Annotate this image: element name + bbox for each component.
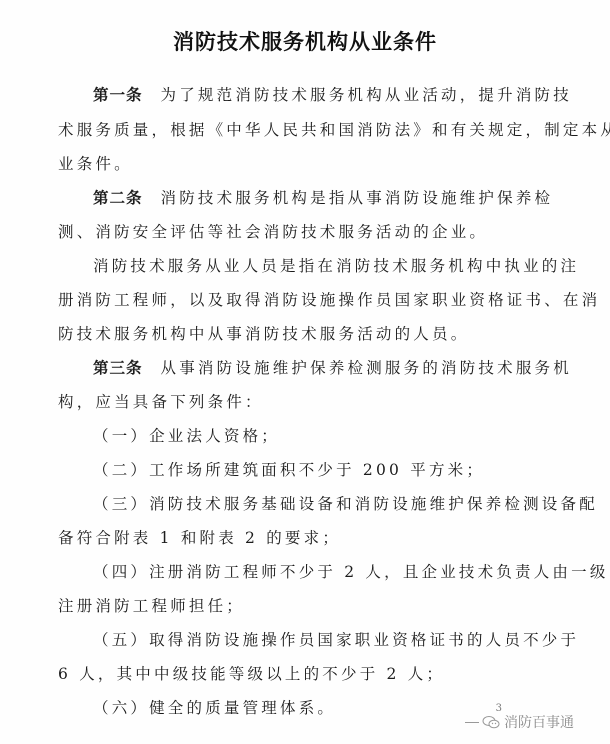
article-2-line-2: 测、消防安全评估等社会消防技术服务活动的企业。 bbox=[58, 220, 558, 242]
article-label: 第一条 bbox=[93, 86, 143, 104]
condition-5-line-2: 6 人，其中中级技能等级以上的不少于 2 人； bbox=[58, 662, 558, 684]
article-label: 第二条 bbox=[93, 189, 143, 207]
article-1-line-3: 业条件。 bbox=[58, 152, 558, 174]
article-label: 第三条 bbox=[93, 359, 143, 377]
document-title: 消防技术服务机构从业条件 bbox=[0, 26, 610, 56]
condition-5-line-1: （五）取得消防设施操作员国家职业资格证书的人员不少于 bbox=[93, 628, 593, 650]
watermark-divider bbox=[465, 722, 479, 723]
condition-3-line-2: 备符合附表 1 和附表 2 的要求； bbox=[58, 526, 558, 548]
watermark-text: 消防百事通 bbox=[504, 712, 574, 732]
article-2-para-2-line-1: 消防技术服务从业人员是指在消防技术服务机构中执业的注 bbox=[93, 254, 593, 276]
article-2-line-1: 第二条消防技术服务机构是指从事消防设施维护保养检 bbox=[93, 186, 593, 208]
article-2-para-2-line-3: 防技术服务机构中从事消防技术服务活动的人员。 bbox=[58, 322, 558, 344]
condition-4-line-1: （四）注册消防工程师不少于 2 人，且企业技术负责人由一级 bbox=[93, 560, 593, 582]
document-page: 消防技术服务机构从业条件 第一条为了规范消防技术服务机构从业活动，提升消防技 术… bbox=[0, 0, 610, 744]
article-2-para-2-line-2: 册消防工程师，以及取得消防设施操作员国家职业资格证书、在消 bbox=[58, 288, 558, 310]
article-3-line-2: 构，应当具备下列条件： bbox=[58, 390, 558, 412]
article-3-line-1: 第三条从事消防设施维护保养检测服务的消防技术服务机 bbox=[93, 356, 593, 378]
watermark: 消防百事通 bbox=[465, 712, 574, 732]
condition-2: （二）工作场所建筑面积不少于 200 平方米； bbox=[93, 458, 593, 480]
article-1-line-2: 术服务质量，根据《中华人民共和国消防法》和有关规定，制定本从 bbox=[58, 118, 558, 140]
wechat-icon bbox=[482, 715, 500, 729]
article-1-line-1: 第一条为了规范消防技术服务机构从业活动，提升消防技 bbox=[93, 83, 593, 105]
condition-1: （一）企业法人资格； bbox=[93, 424, 593, 446]
condition-4-line-2: 注册消防工程师担任； bbox=[58, 594, 558, 616]
condition-3-line-1: （三）消防技术服务基础设备和消防设施维护保养检测设备配 bbox=[93, 492, 593, 514]
